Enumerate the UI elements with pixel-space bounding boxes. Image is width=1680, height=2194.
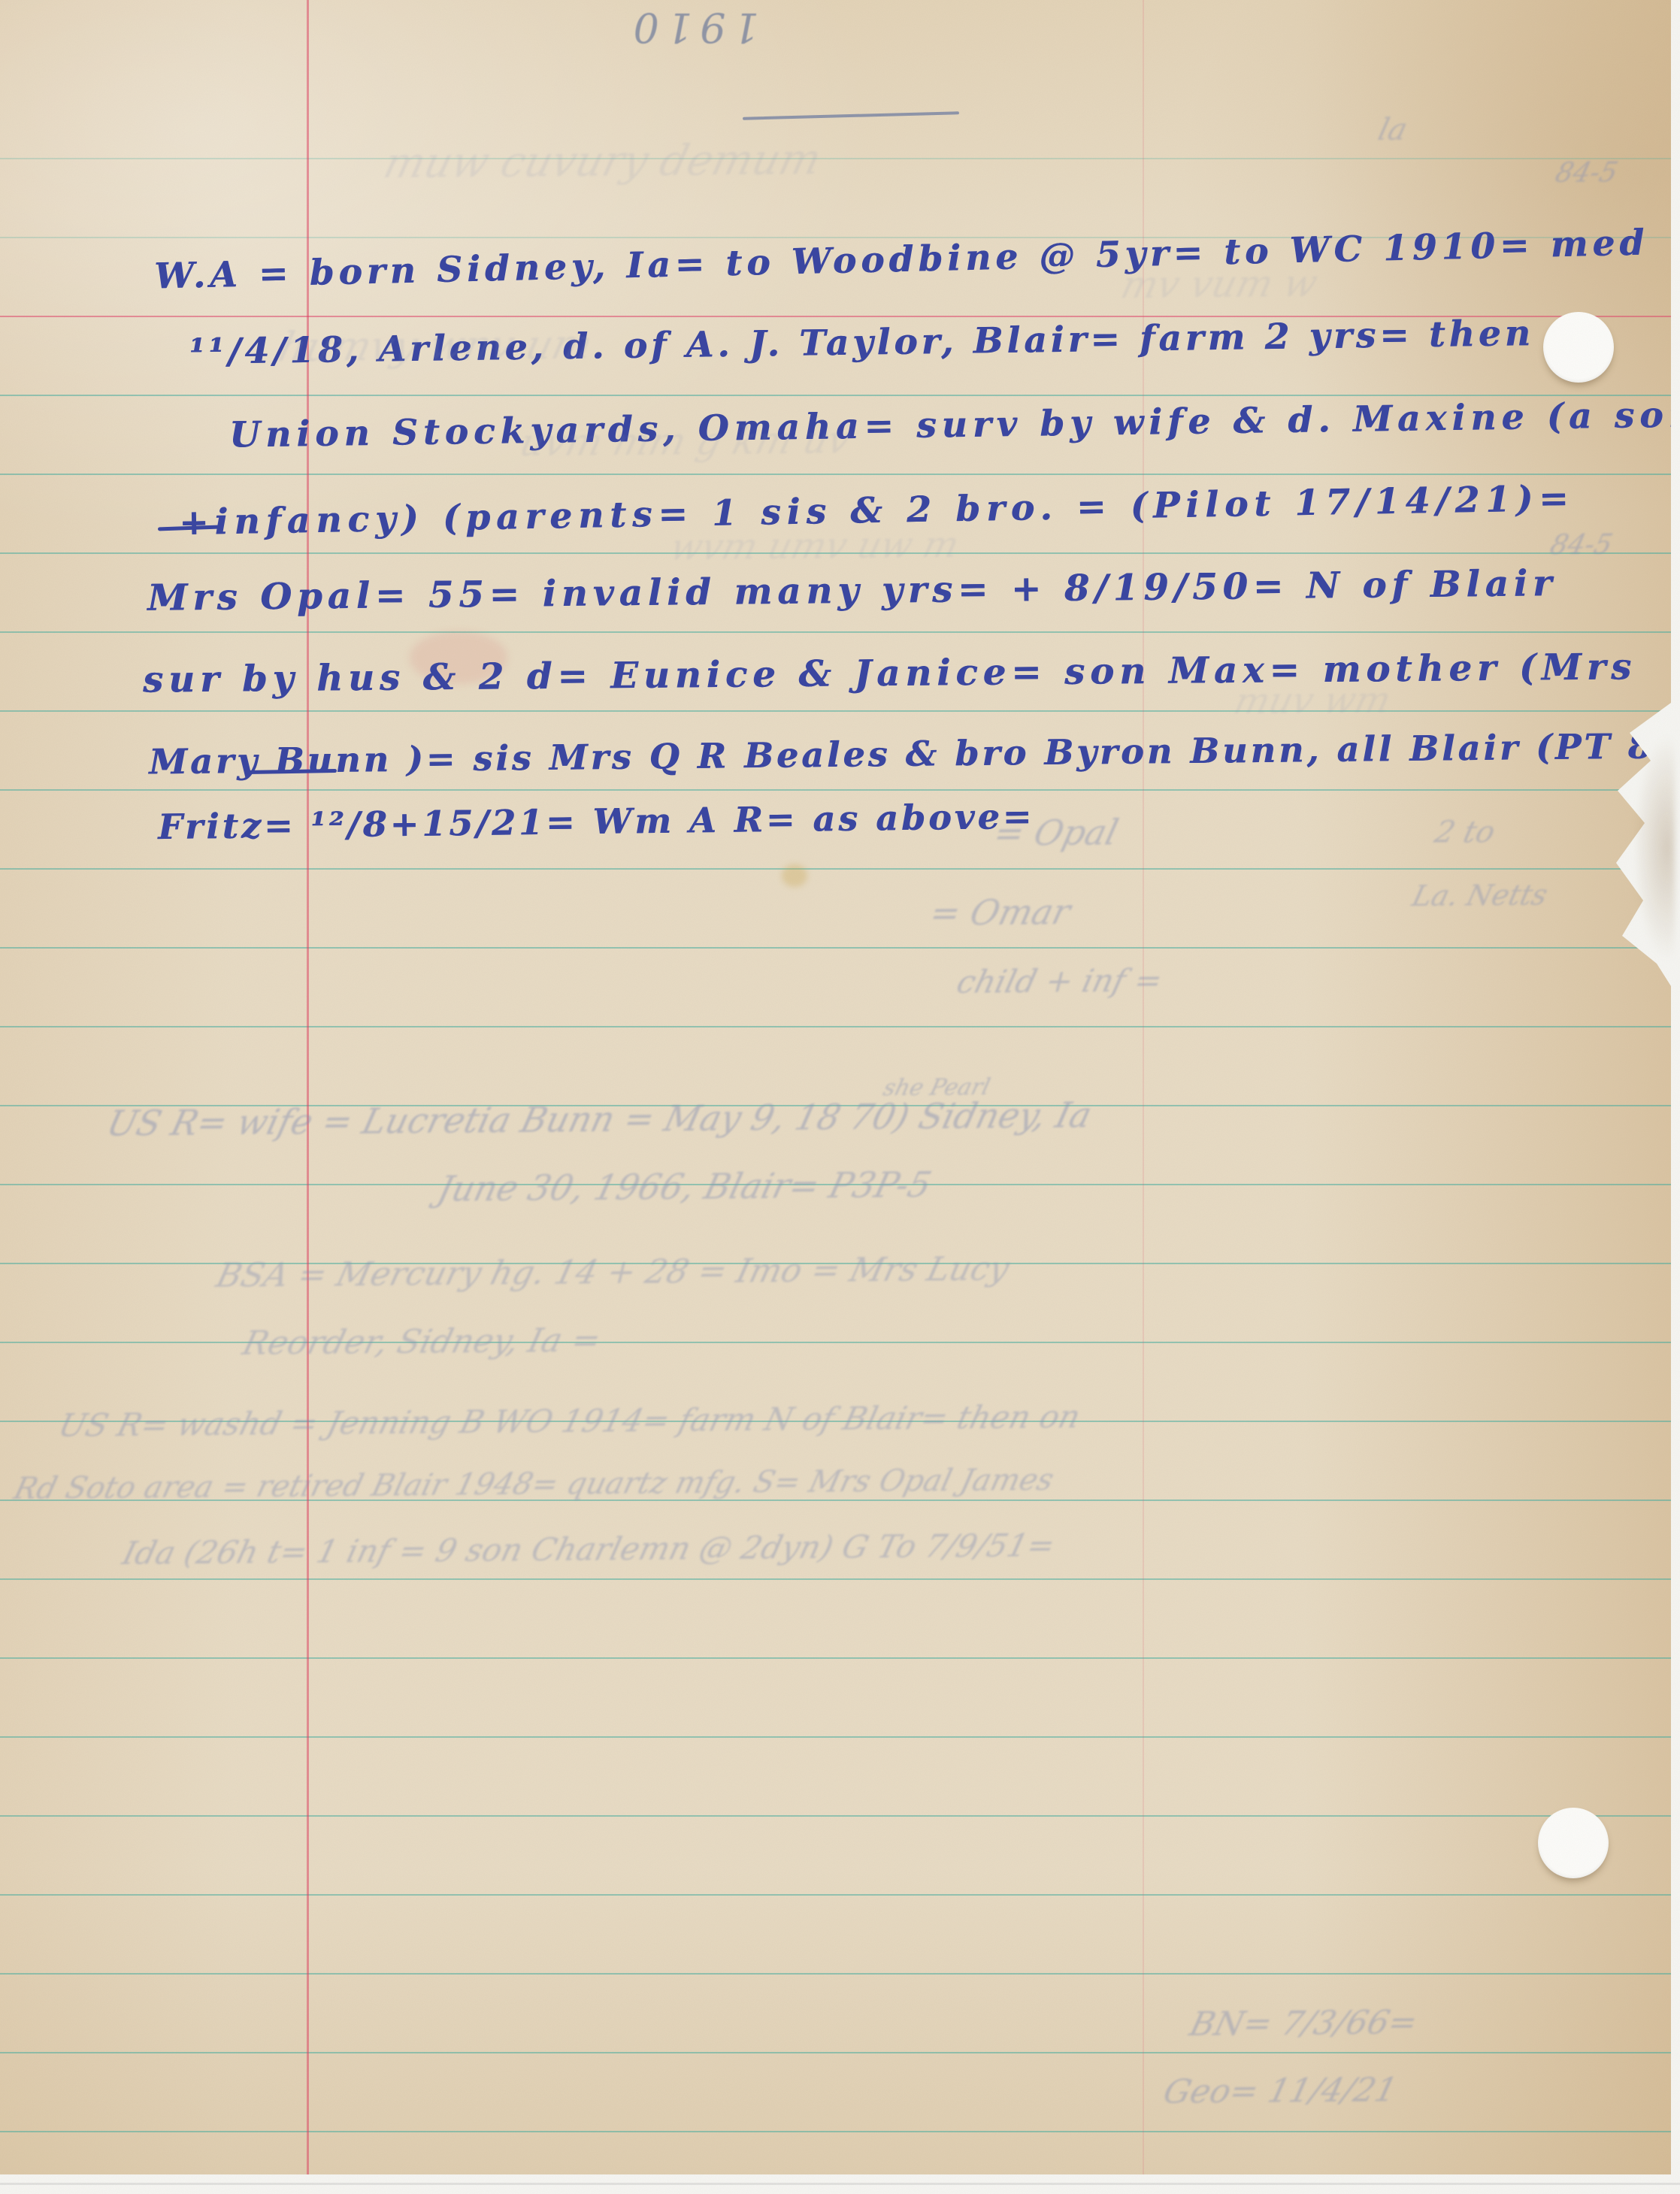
bleedthrough-text: Ida (26h t= 1 inf = 9 son Charlemn @ 2dy… — [119, 1527, 1058, 1572]
teal-horizontal-rule — [0, 1894, 1671, 1896]
bleedthrough-text: Geo= 11/4/21 — [1160, 2071, 1401, 2111]
bleedthrough-text: BSA = Mercury hg. 14 + 28 = Imo = Mrs Lu… — [213, 1250, 1013, 1295]
teal-horizontal-rule — [0, 868, 1671, 870]
bleedthrough-text: La. Netts — [1409, 878, 1551, 912]
scanned-page: 1910 W.A = born Sidney, Ia= to Woodbine … — [0, 0, 1680, 2194]
bleedthrough-text: = Omar — [926, 891, 1074, 934]
bleedthrough-text: = Opal — [990, 813, 1122, 854]
bleedthrough-text: Rd Soto area = retired Blair 1948= quart… — [11, 1463, 1057, 1506]
teal-horizontal-rule — [0, 1578, 1671, 1580]
bleedthrough-text: June 30, 1966, Blair= P3P-5 — [434, 1164, 935, 1209]
teal-horizontal-rule — [0, 1736, 1671, 1738]
teal-horizontal-rule — [0, 1657, 1671, 1659]
bleedthrough-text: 84-5 — [1552, 157, 1621, 189]
teal-horizontal-rule — [0, 947, 1671, 949]
teal-horizontal-rule — [0, 1973, 1671, 1975]
bleedthrough-text: Reorder, Sidney, Ia = — [239, 1321, 605, 1363]
teal-horizontal-rule — [0, 789, 1671, 791]
teal-horizontal-rule — [0, 158, 1671, 159]
hole-punch-top — [1543, 312, 1614, 383]
bleedthrough-text: uvm mm g km uv — [516, 418, 855, 465]
bleedthrough-text: muw cuvury demum — [379, 135, 825, 188]
bleedthrough-text: US R= washd = Jenning B WO 1914= farm N … — [55, 1398, 1084, 1444]
teal-horizontal-rule — [0, 2052, 1671, 2053]
teal-horizontal-rule — [0, 1815, 1671, 1817]
bleedthrough-text: child + inf = — [953, 962, 1166, 1000]
handwritten-line: Union Stockyards, Omaha= surv by wife & … — [229, 394, 1680, 455]
bleedthrough-text: 2 to — [1431, 815, 1499, 850]
handwritten-line: W.A = born Sidney, Ia= to Woodbine @ 5yr… — [154, 222, 1649, 297]
yellow-stain — [782, 864, 807, 887]
bleedthrough-text: humvy wnv um — [274, 320, 598, 371]
upside-down-year-label: 1910 — [626, 4, 759, 51]
paper-sheet: 1910 W.A = born Sidney, Ia= to Woodbine … — [0, 0, 1671, 2174]
bleedthrough-text: US R= wife = Lucretia Bunn = May 9, 18 7… — [103, 1095, 1096, 1144]
teal-horizontal-rule — [0, 1026, 1671, 1027]
handwritten-line: Fritz= ¹²/8+15/21= Wm A R= as above= — [158, 796, 1035, 847]
bleedthrough-text: 84-5 — [1547, 529, 1615, 561]
bleedthrough-text: la — [1375, 113, 1411, 147]
year-underline — [743, 111, 959, 120]
bleedthrough-text: muv wm — [1230, 679, 1395, 722]
sheet-below-edge — [0, 2183, 1680, 2185]
teal-horizontal-rule — [0, 474, 1671, 475]
hole-punch-bottom — [1538, 1808, 1609, 1878]
bleedthrough-text: BN= 7/3/66= — [1186, 2003, 1421, 2044]
handwritten-line: Mary Bunn )= sis Mrs Q R Beales & bro By… — [149, 725, 1680, 782]
teal-horizontal-rule — [0, 710, 1671, 712]
handwritten-line: sur by hus & 2 d= Eunice & Janice= son M… — [143, 646, 1636, 701]
teal-horizontal-rule — [0, 395, 1671, 396]
bleedthrough-text: wvm umv uw m — [667, 524, 964, 568]
handwritten-line: Mrs Opal= 55= invalid many yrs= + 8/19/5… — [147, 562, 1557, 619]
teal-horizontal-rule — [0, 631, 1671, 633]
bleedthrough-text: mv vum w — [1117, 262, 1322, 307]
torn-edge-shading — [1600, 698, 1675, 998]
teal-horizontal-rule — [0, 2131, 1671, 2132]
